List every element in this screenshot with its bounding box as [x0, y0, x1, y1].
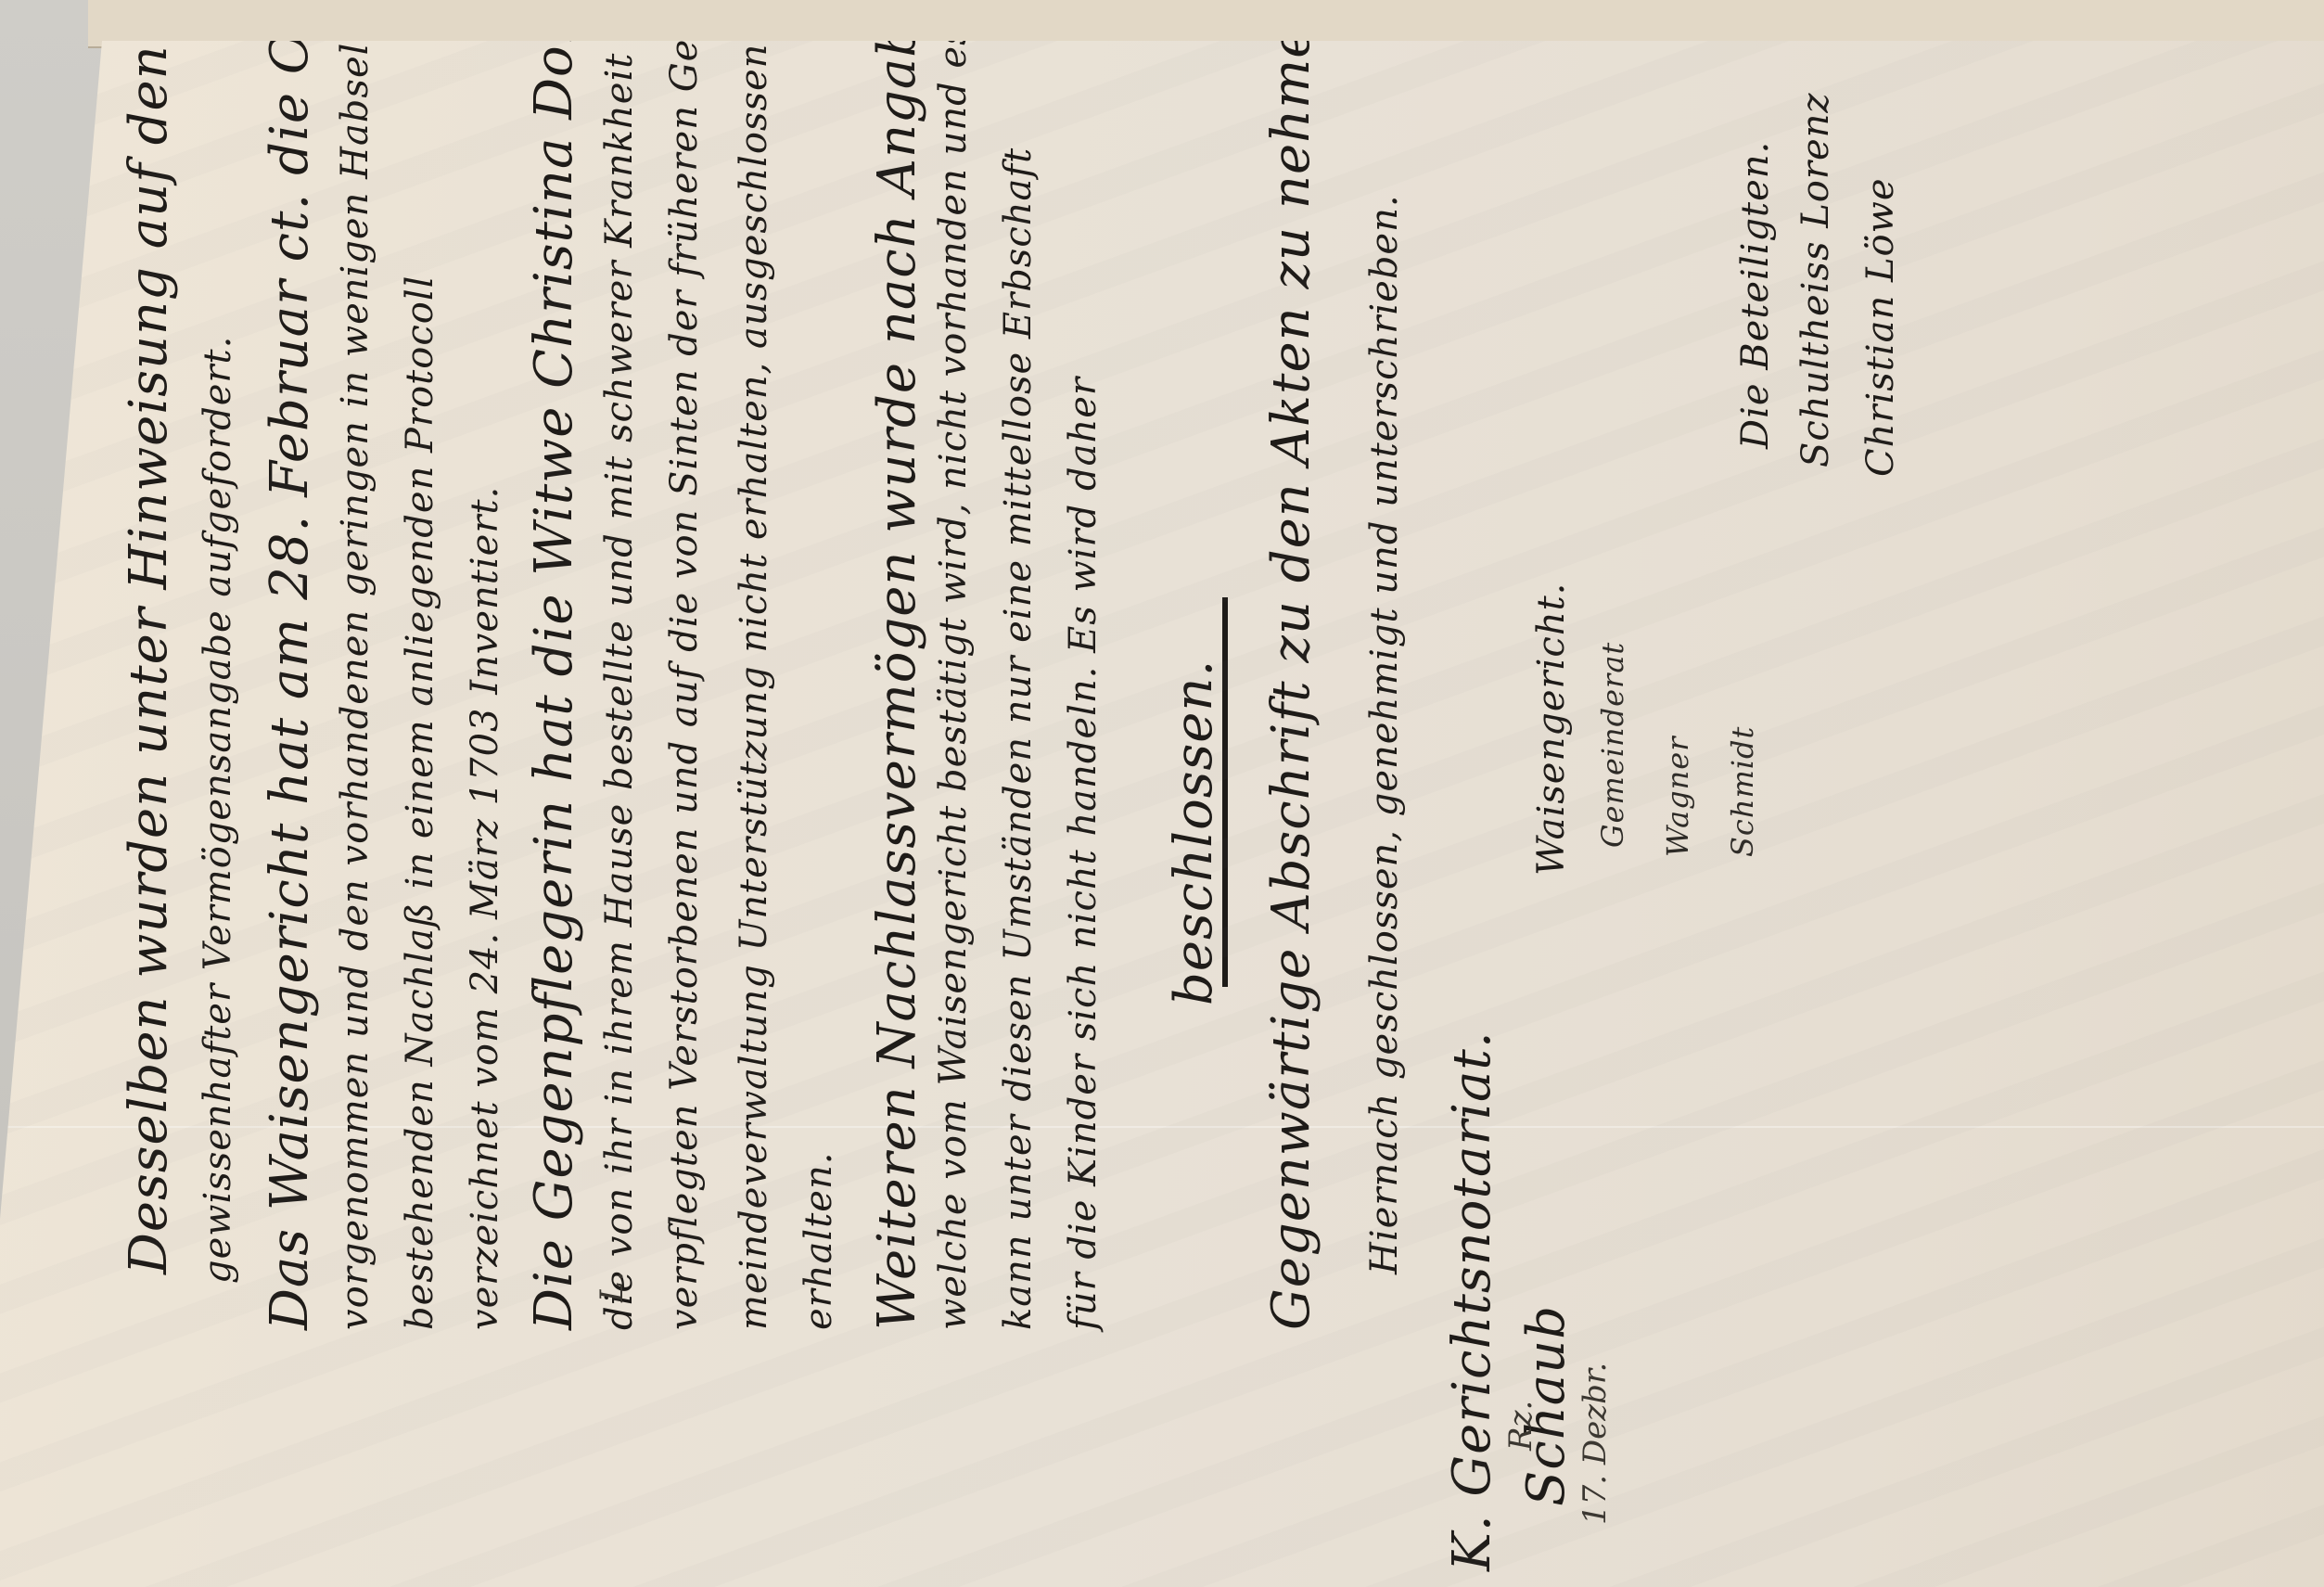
signature-notary: Schaub	[1516, 1305, 1577, 1506]
doc-line-1: Desselben wurden unter Hinweisung auf de…	[119, 0, 179, 1274]
margin-note-rz: Rz.	[1502, 1401, 1539, 1451]
doc-line-15: für die Kinder sich nicht handeln. Es wi…	[1062, 377, 1105, 1330]
doc-line-13: welche vom Waisengericht bestätigt wird,…	[932, 25, 975, 1330]
doc-line-6: verzeichnet vom 24. März 1703 Inventiert…	[464, 486, 506, 1330]
signature-schultheiss: Schultheiss Lorenz	[1794, 93, 1837, 467]
doc-line-14: kann unter diesen Umständen nur eine mit…	[997, 147, 1040, 1330]
signature-notariat: K. Gerichtsnotariat.	[1442, 1030, 1502, 1571]
document-page: Desselben wurden unter Hinweisung auf de…	[0, 41, 2324, 1587]
fold-crease	[0, 1126, 2324, 1128]
resolution-line-1: Gegenwärtige Abschrift zu den Akten zu n…	[1261, 0, 1322, 1330]
doc-line-10: meindeverwaltung Unterstützung nicht erh…	[733, 44, 775, 1330]
doc-line-4: vorgenommen und den vorhandenen geringen…	[334, 0, 377, 1330]
signature-waisengericht: Waisengericht.	[1530, 582, 1573, 876]
signature-loewe: Christian Löwe	[1859, 177, 1902, 477]
margin-note-date: 17. Dezbr.	[1577, 1363, 1614, 1525]
doc-line-9: verpflegten Verstorbenen und auf die von…	[663, 25, 706, 1330]
signature-schmidt: Schmidt	[1725, 726, 1760, 857]
signature-gemeinderat: Gemeinderat	[1595, 642, 1630, 848]
doc-line-8: die von ihr in ihrem Hause bestellte und…	[598, 53, 641, 1330]
doc-line-12: Weiteren Nachlassvermögen wurde nach Ang…	[867, 0, 927, 1330]
signature-wagner: Wagner	[1660, 736, 1695, 857]
doc-line-5: bestehenden Nachlaß in einem anliegenden…	[399, 275, 441, 1330]
margin-note-l: L.	[594, 1272, 631, 1302]
doc-line-3: Das Waisengericht hat am 28. Februar ct.…	[260, 0, 320, 1330]
signature-beteiligten: Die Beteiligten.	[1734, 141, 1777, 449]
doc-line-7: Die Gegenpflegerin hat die Witwe Christi…	[524, 0, 584, 1330]
resolution-line-2: Hiernach geschlossen, genehmigt und unte…	[1363, 194, 1406, 1274]
heading-underline	[1222, 597, 1228, 987]
heading-beschlossen: beschlossen.	[1164, 659, 1224, 1005]
doc-line-2: gewissenhafter Vermögensangabe aufgeford…	[197, 336, 239, 1284]
doc-line-11: erhalten.	[798, 1152, 840, 1330]
